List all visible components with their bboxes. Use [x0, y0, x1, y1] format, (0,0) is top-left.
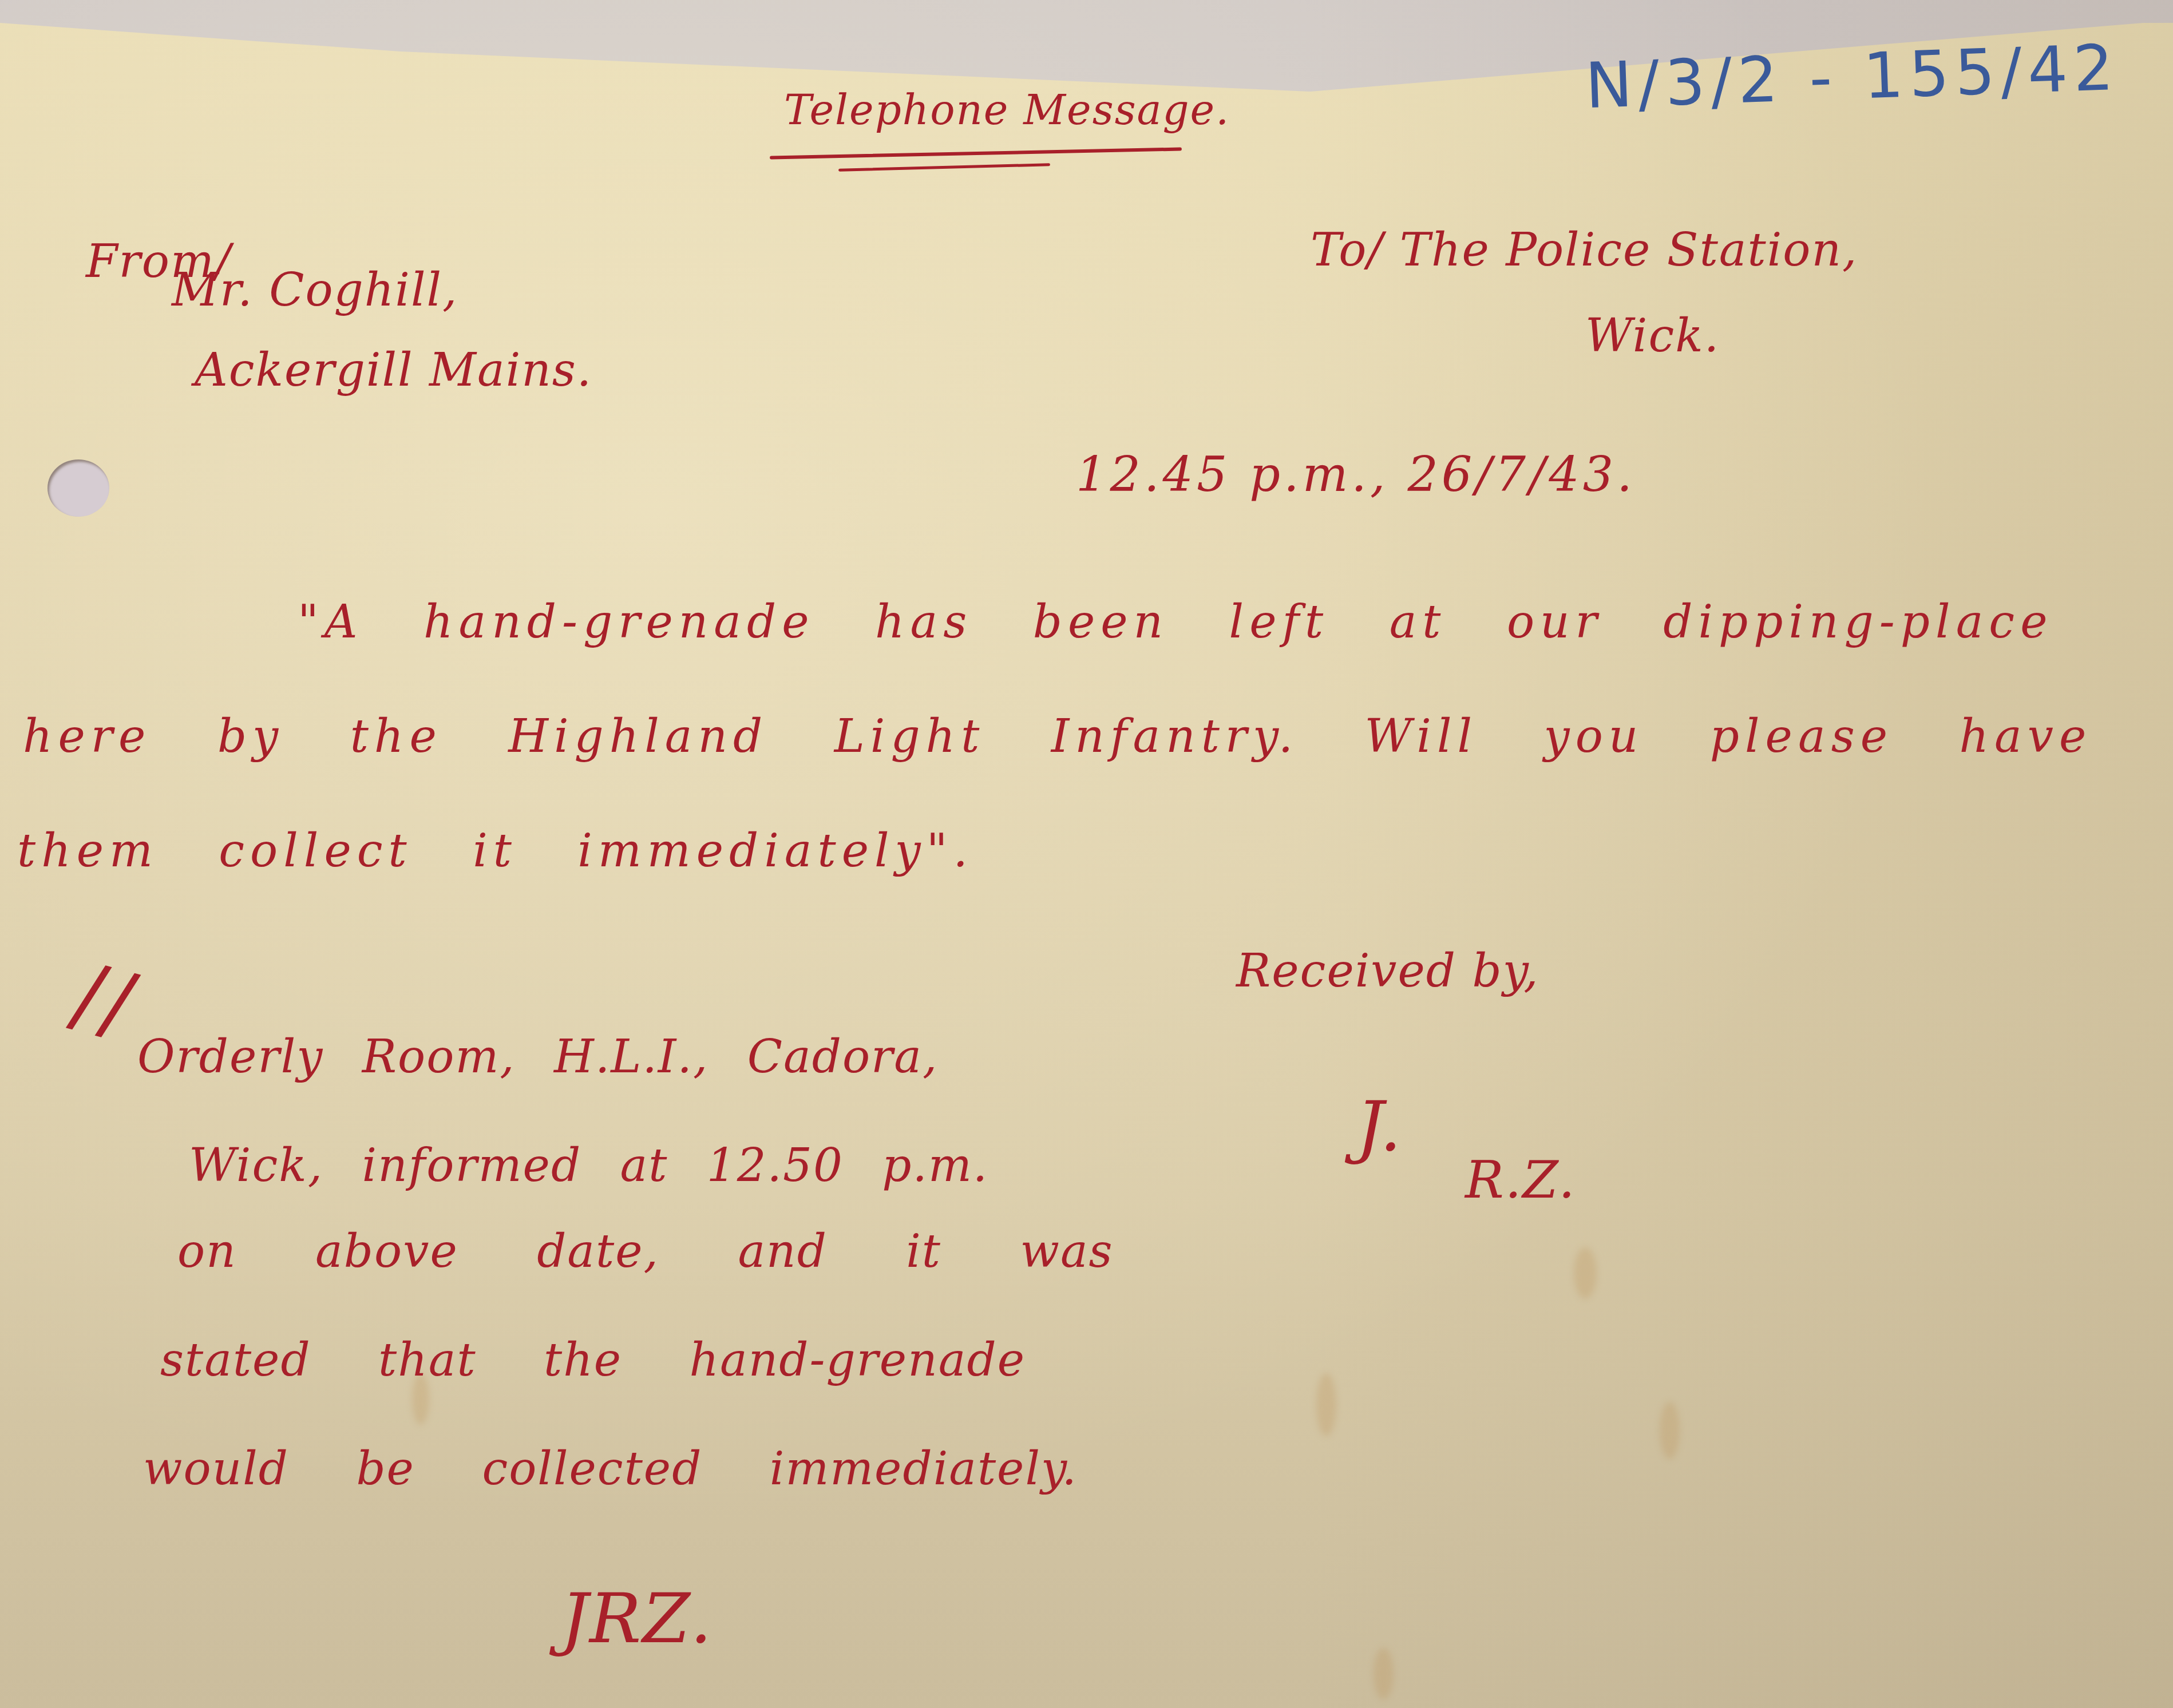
receiver-signature: J.: [1356, 1087, 1403, 1167]
received-by-label: Received by,: [1236, 944, 1539, 997]
message-line-2: here by the Highland Light Infantry. Wil…: [23, 710, 2092, 763]
foxing-stain: [1374, 1648, 1394, 1699]
message-timestamp: 12.45 p.m., 26/7/43.: [1076, 446, 1636, 502]
foxing-stain: [1316, 1373, 1336, 1436]
recipient-line-2: Wick.: [1585, 309, 1720, 362]
action-note-line-5: would be collected immediately.: [143, 1442, 1078, 1495]
bottom-signature: JRZ.: [561, 1579, 713, 1659]
message-line-3: them collect it immediately".: [17, 824, 973, 877]
receiver-initials: R.Z.: [1465, 1150, 1576, 1210]
action-note-line-4: stated that the hand-grenade: [160, 1333, 1026, 1386]
recipient-line-1: To/ The Police Station,: [1311, 223, 1858, 276]
punch-hole: [48, 459, 109, 517]
sender-name: Mr. Coghill,: [172, 263, 458, 316]
document-title: Telephone Message.: [784, 86, 1230, 134]
message-line-1: "A hand-grenade has been left at our dip…: [298, 595, 2053, 648]
sender-place: Ackergill Mains.: [195, 343, 592, 397]
foxing-stain: [1574, 1247, 1597, 1299]
action-note-line-2: Wick, informed at 12.50 p.m.: [189, 1139, 988, 1192]
action-note-line-3: on above date, and it was: [177, 1224, 1114, 1278]
action-note-line-1: Orderly Room, H.L.I., Cadora,: [137, 1030, 938, 1083]
foxing-stain: [1660, 1402, 1680, 1459]
